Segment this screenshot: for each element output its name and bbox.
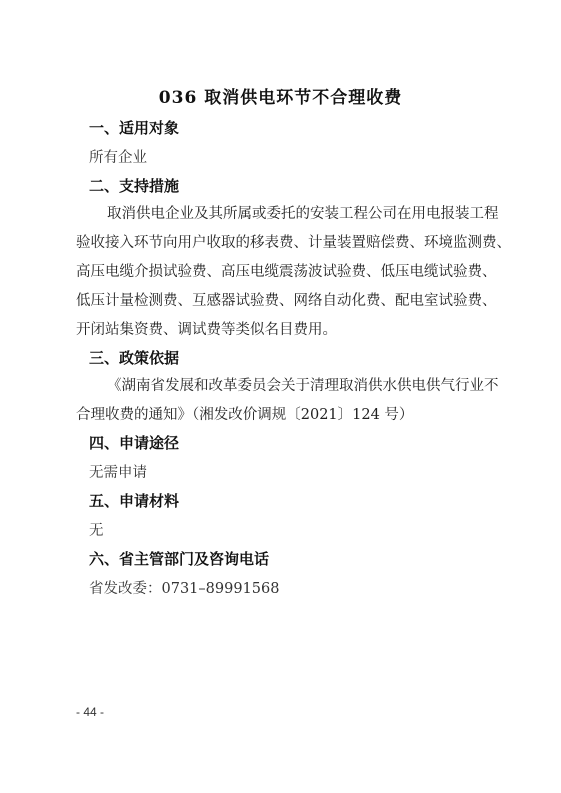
paragraph-line: 低压计量检测费、互感器试验费、网络自动化费、配电室试验费、	[76, 287, 496, 316]
section-heading-application-channel: 四、申请途径	[89, 432, 179, 453]
section-content-support-measures: 取消供电企业及其所属或委托的安装工程公司在用电报装工程 验收接入环节向用户收取的…	[76, 200, 496, 345]
paragraph-line: 取消供电企业及其所属或委托的安装工程公司在用电报装工程	[76, 200, 496, 229]
section-heading-application-materials: 五、申请材料	[89, 490, 179, 511]
document-title: 036 取消供电环节不合理收费	[0, 83, 561, 108]
document-page: 036 取消供电环节不合理收费 一、适用对象 所有企业 二、支持措施 取消供电企…	[0, 0, 561, 793]
section-content-application-materials: 无	[89, 519, 104, 540]
section-heading-applicable-targets: 一、适用对象	[89, 117, 179, 138]
paragraph-line: 合理收费的通知》（湘发改价调规〔2021〕124 号）	[76, 401, 496, 430]
section-content-department-contact: 省发改委：0731–89991568	[89, 577, 279, 598]
paragraph-line: 开闭站集资费、调试费等类似名目费用。	[76, 316, 496, 345]
section-heading-support-measures: 二、支持措施	[89, 175, 179, 196]
section-heading-department-contact: 六、省主管部门及咨询电话	[89, 548, 269, 569]
section-heading-policy-basis: 三、政策依据	[89, 347, 179, 368]
paragraph-line: 《湖南省发展和改革委员会关于清理取消供水供电供气行业不	[76, 372, 496, 401]
paragraph-line: 高压电缆介损试验费、高压电缆震荡波试验费、低压电缆试验费、	[76, 258, 496, 287]
section-content-application-channel: 无需申请	[89, 461, 147, 482]
section-content-applicable-targets: 所有企业	[89, 146, 147, 167]
paragraph-line: 验收接入环节向用户收取的移表费、计量装置赔偿费、环境监测费、	[76, 229, 496, 258]
page-number: - 44 -	[76, 705, 104, 719]
section-content-policy-basis: 《湖南省发展和改革委员会关于清理取消供水供电供气行业不 合理收费的通知》（湘发改…	[76, 372, 496, 430]
